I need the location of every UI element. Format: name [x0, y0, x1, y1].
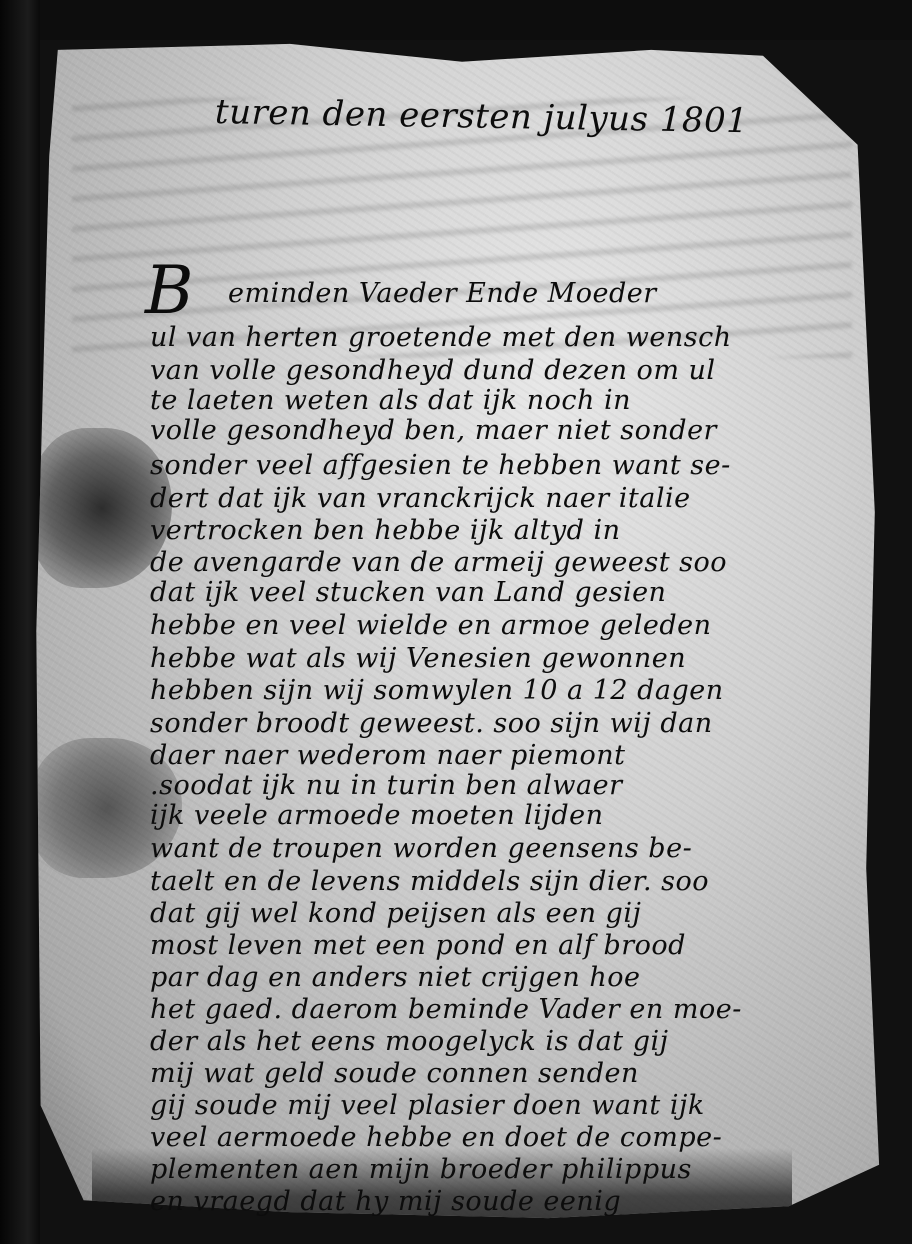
scan-background-left: [0, 0, 40, 1244]
letter-line: vertrocken ben hebbe ijk altyd in: [150, 515, 621, 546]
letter-line: der als het eens moogelyck is dat gij: [150, 1026, 669, 1057]
letter-line: dert dat ijk van vranckrijck naer italie: [150, 483, 691, 514]
decorative-initial: B: [145, 252, 194, 329]
letter-line: par dag en anders niet crijgen hoe: [150, 962, 641, 993]
letter-line: dat gij wel kond peijsen als een gij: [150, 898, 641, 929]
letter-line: mij wat geld soude connen senden: [150, 1058, 639, 1089]
letter-line: plementen aen mijn broeder philippus: [150, 1154, 692, 1185]
letter-line: hebbe en veel wielde en armoe geleden: [150, 610, 711, 641]
letter-line: sonder broodt geweest. soo sijn wij dan: [150, 708, 713, 739]
letter-line: most leven met een pond en alf brood: [150, 930, 686, 961]
letter-line: eminden Vaeder Ende Moeder: [228, 278, 657, 309]
letter-line: de avengarde van de armeij geweest soo: [150, 547, 727, 578]
letter-line: hebben sijn wij somwylen 10 a 12 dagen: [150, 675, 724, 706]
letter-line: ul van herten groetende met den wensch: [150, 322, 732, 353]
letter-line: volle gesondheyd ben, maer niet sonder: [150, 415, 717, 446]
letter-line: het gaed. daerom beminde Vader en moe-: [150, 994, 742, 1025]
letter-line: .soodat ijk nu in turin ben alwaer: [150, 770, 623, 801]
letter-line: taelt en de levens middels sijn dier. so…: [150, 866, 709, 897]
letter-line: gij soude mij veel plasier doen want ijk: [150, 1090, 705, 1121]
letter-line: hebbe wat als wij Venesien gewonnen: [150, 643, 686, 674]
letter-line: van volle gesondheyd dund dezen om ul: [150, 355, 716, 386]
letter-line: te laeten weten als dat ijk noch in: [150, 385, 631, 416]
letter-line: veel aermoede hebbe en doet de compe-: [150, 1122, 722, 1153]
letter-line: sonder veel affgesien te hebben want se-: [150, 450, 731, 481]
letter-line: want de troupen worden geensens be-: [150, 833, 692, 864]
scan-background-top: [0, 0, 912, 40]
letter-line: dat ijk veel stucken van Land gesien: [150, 577, 666, 608]
letter-line: en vraegd dat hy mij soude eenig: [150, 1186, 621, 1217]
letter-line: daer naer wederom naer piemont: [150, 740, 625, 771]
letter-line: ijk veele armoede moeten lijden: [150, 800, 603, 831]
